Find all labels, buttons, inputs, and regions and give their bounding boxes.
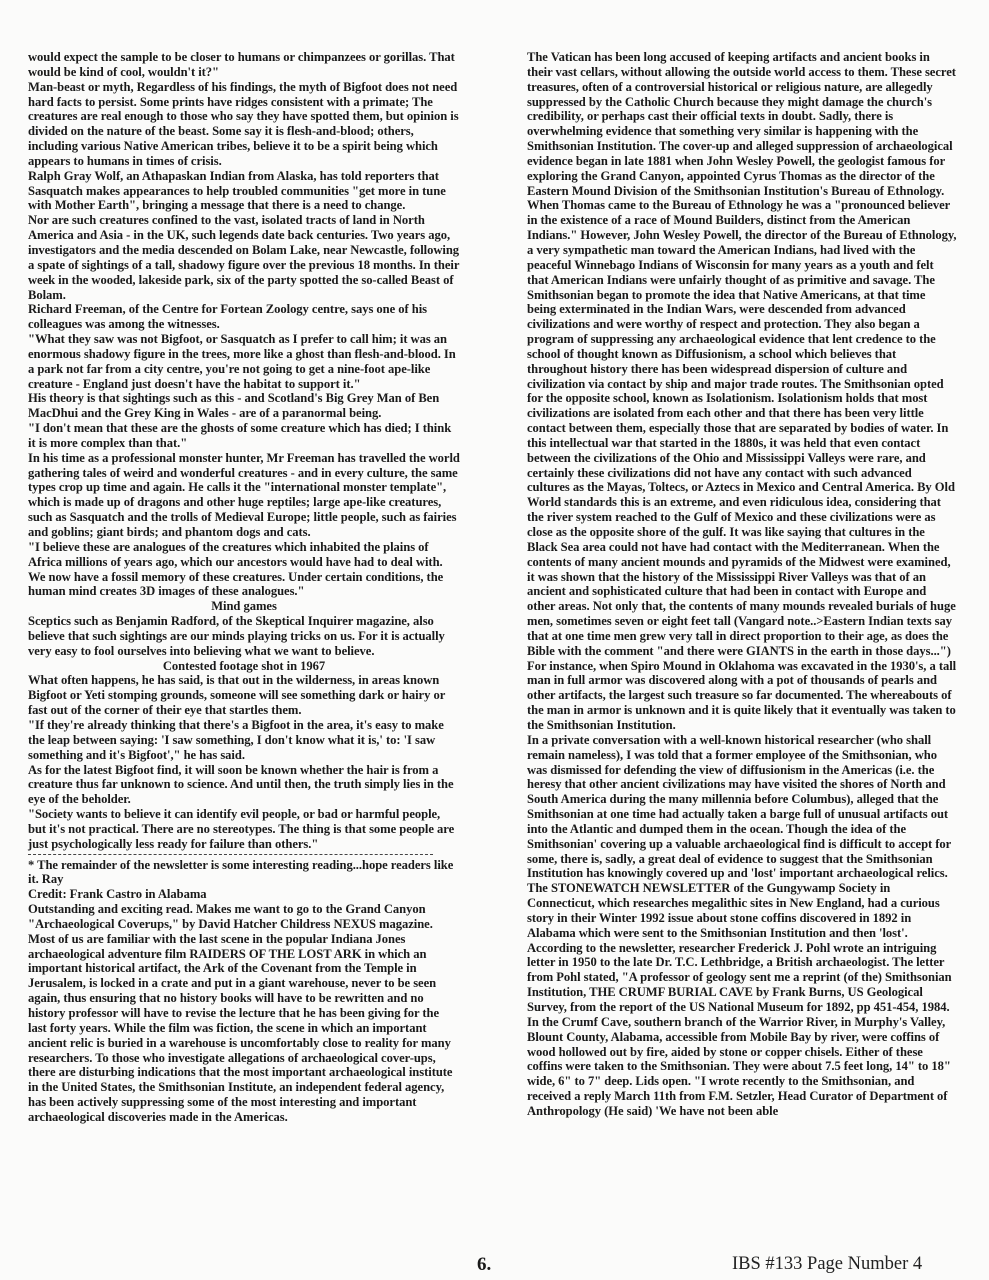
paragraph: The Vatican has been long accused of kee… [527,50,957,198]
newsletter-page: would expect the sample to be closer to … [0,0,989,1280]
paragraph: "If they're already thinking that there'… [28,718,460,763]
paragraph: would expect the sample to be closer to … [28,50,460,80]
dashed-divider [28,854,433,855]
paragraph: Richard Freeman, of the Centre for Forte… [28,302,460,332]
paragraph: "What they saw was not Bigfoot, or Sasqu… [28,332,460,391]
paragraph: In a private conversation with a well-kn… [527,733,957,881]
paragraph: When Thomas came to the Bureau of Ethnol… [527,198,957,732]
paragraph: Outstanding and exciting read. Makes me … [28,902,460,1125]
paragraph: What often happens, he has said, is that… [28,673,460,718]
paragraph: "I don't mean that these are the ghosts … [28,421,460,451]
paragraph: "Society wants to believe it can identif… [28,807,460,852]
editor-note: * The remainder of the newsletter is som… [28,858,460,888]
issue-page-reference: IBS #133 Page Number 4 [732,1254,922,1275]
subheading-mind-games: Mind games [28,599,460,614]
paragraph: Nor are such creatures confined to the v… [28,213,460,302]
paragraph: His theory is that sightings such as thi… [28,391,460,421]
credit-line: Credit: Frank Castro in Alabama [28,887,460,902]
left-column: would expect the sample to be closer to … [28,50,460,1125]
subheading-contested-footage: Contested footage shot in 1967 [28,659,460,674]
paragraph: Ralph Gray Wolf, an Athapaskan Indian fr… [28,169,460,214]
paragraph: In his time as a professional monster hu… [28,451,460,540]
paragraph: Man-beast or myth, Regardless of his fin… [28,80,460,169]
paragraph: As for the latest Bigfoot find, it will … [28,763,460,808]
paragraph: Sceptics such as Benjamin Radford, of th… [28,614,460,659]
page-number: 6. [477,1254,491,1276]
right-column: The Vatican has been long accused of kee… [527,50,957,1119]
paragraph: "I believe these are analogues of the cr… [28,540,460,599]
paragraph: The STONEWATCH NEWSLETTER of the Gungywa… [527,881,957,1119]
